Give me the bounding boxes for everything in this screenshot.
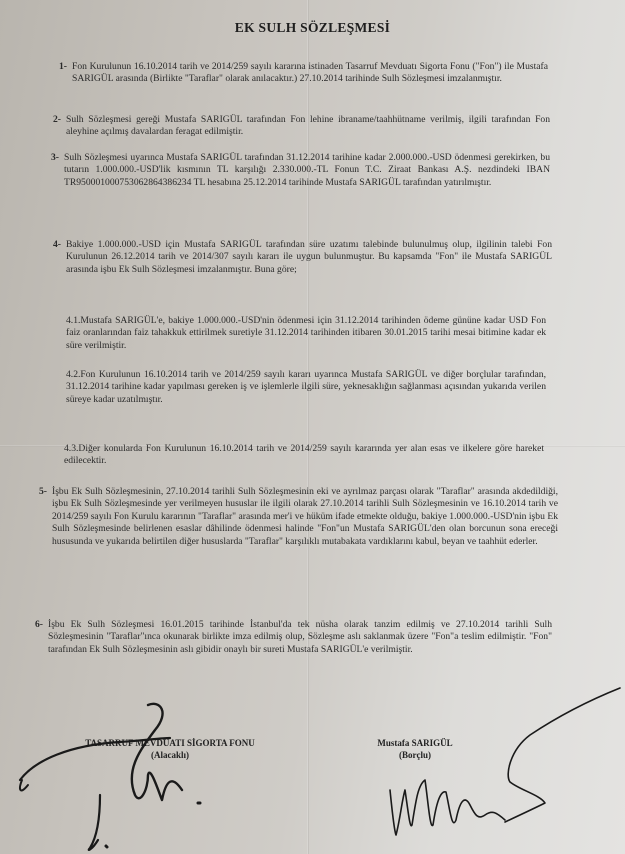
handwritten-signature-icon bbox=[0, 0, 625, 854]
